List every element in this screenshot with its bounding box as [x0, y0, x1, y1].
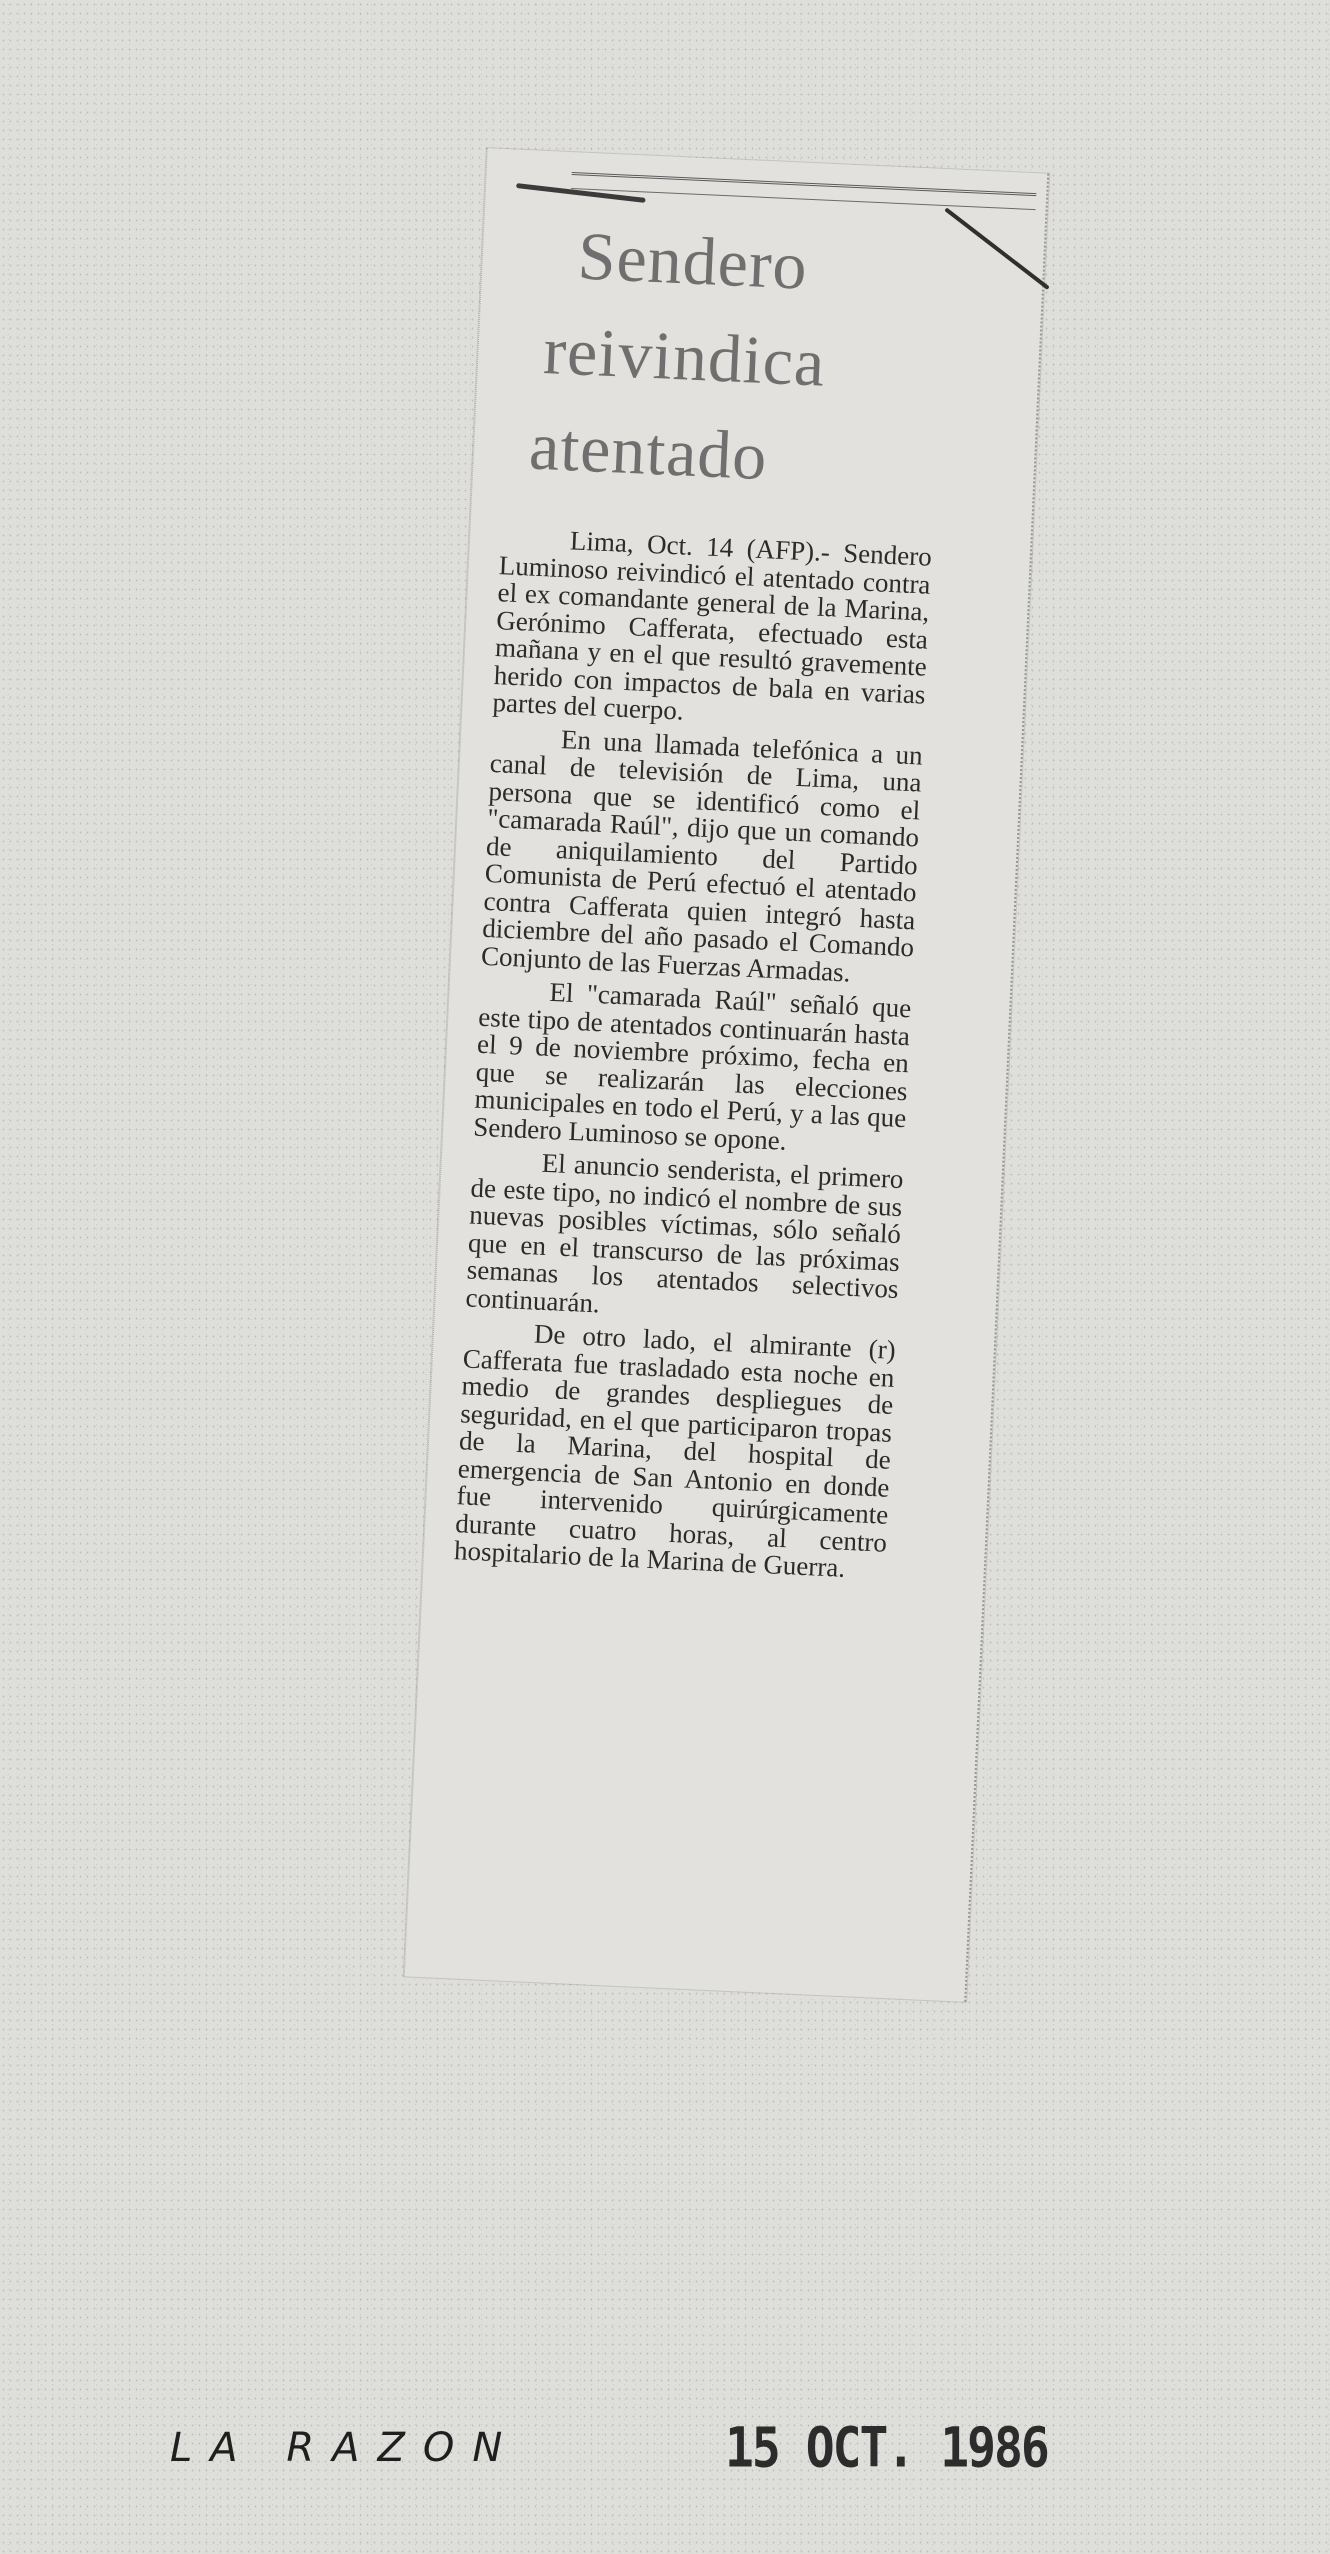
- header-rule: [572, 172, 1037, 196]
- paragraph-5: De otro lado, el almirante (r) Cafferata…: [454, 1317, 897, 1584]
- newspaper-clipping: Sendero reivindica atentado Lima, Oct. 1…: [404, 148, 1049, 2002]
- pin-mark-left: [516, 183, 646, 203]
- headline-line-2: reivindica: [532, 302, 916, 415]
- paragraph-3: El "camarada Raúl" señaló que este tipo …: [473, 976, 912, 1160]
- headline-line-1: Sendero: [536, 206, 920, 319]
- handwritten-source: LA RAZON: [170, 2425, 520, 2471]
- headline: Sendero reivindica atentado: [527, 206, 920, 511]
- paragraph-4: El anuncio senderista, el primero de est…: [465, 1147, 904, 1331]
- paragraph-1: Lima, Oct. 14 (AFP).- Sendero Luminoso r…: [492, 524, 932, 736]
- paragraph-2: En una llamada telefónica a un canal de …: [481, 722, 924, 989]
- pin-mark-right: [944, 207, 1049, 289]
- article-body: Lima, Oct. 14 (AFP).- Sendero Luminoso r…: [454, 524, 933, 1584]
- date-stamp: 15 OCT. 1986: [725, 2416, 1048, 2480]
- headline-line-3: atentado: [527, 397, 911, 510]
